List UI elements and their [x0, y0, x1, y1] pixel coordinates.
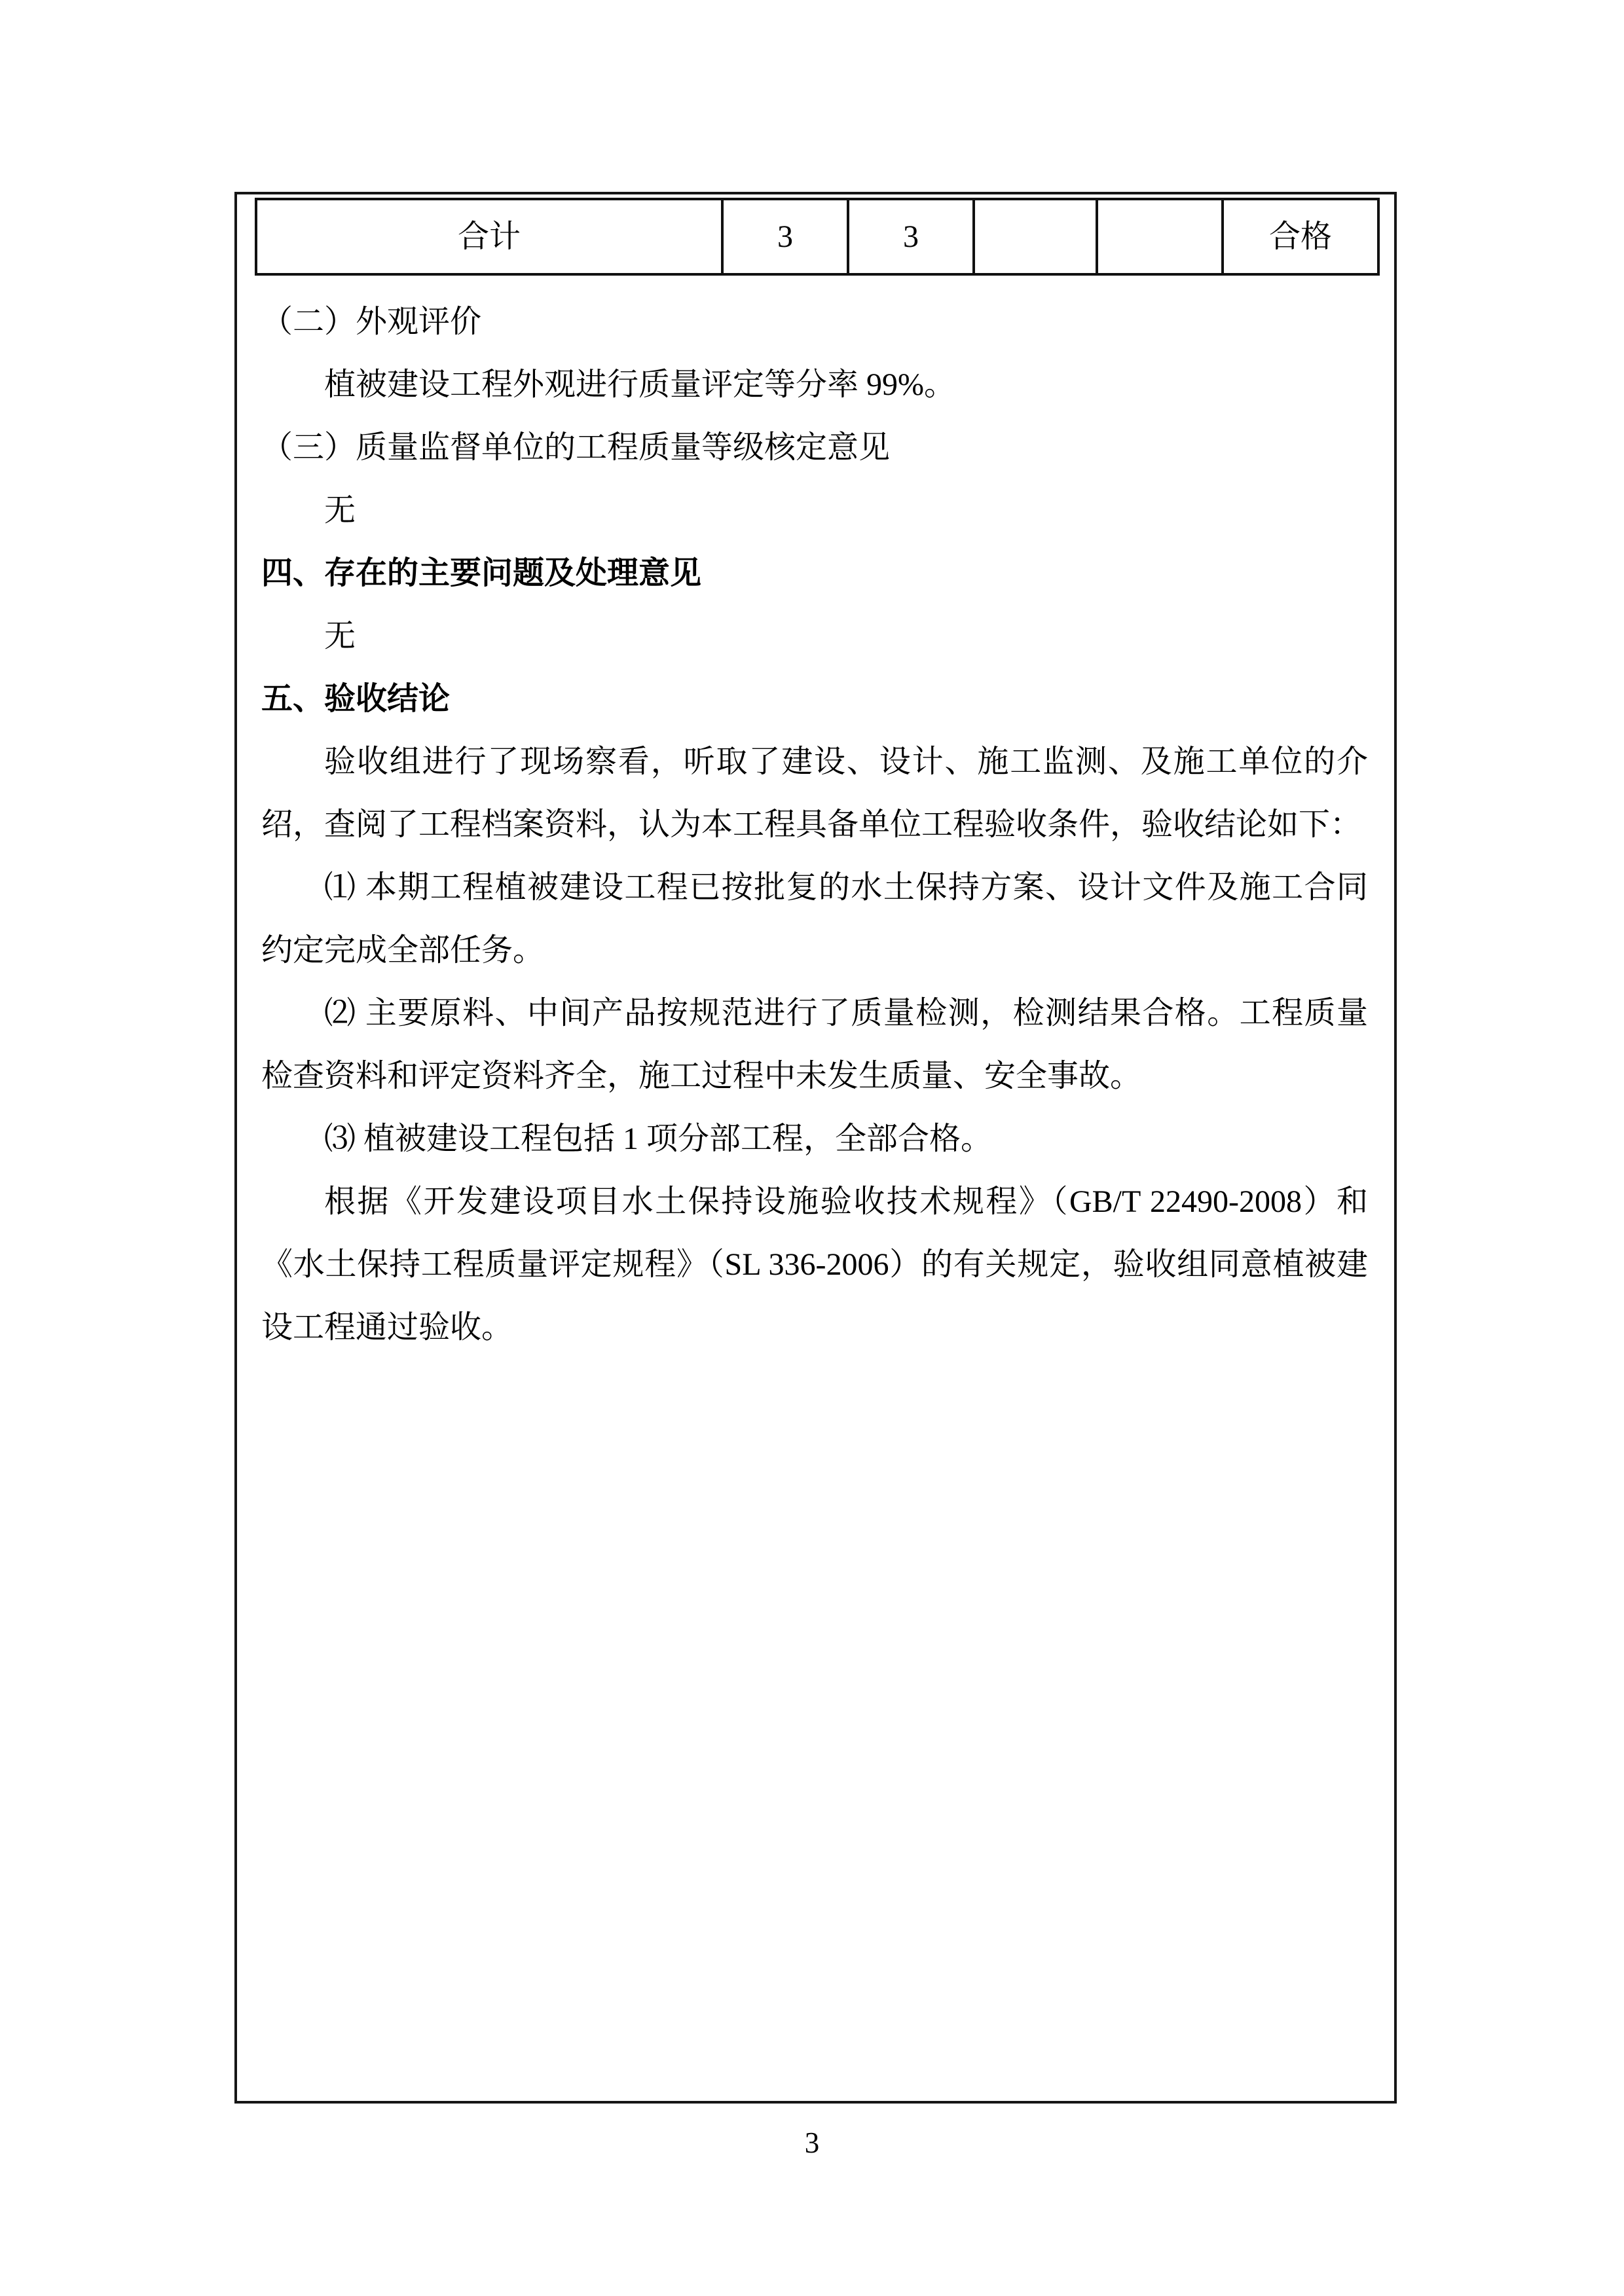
section-5-item-2: ⑵ 主要原料、中间产品按规范进行了质量检测，检测结果合格。工程质量检查资料和评定… — [261, 982, 1368, 1108]
section-2-title: （二）外观评价 — [261, 291, 1368, 354]
document-page: 合计 3 3 合格 （二）外观评价 植被建设工程外观进行质量评定等分率 99%。… — [0, 0, 1624, 2296]
section-5-title: 五、验收结论 — [261, 668, 1368, 731]
section-2-body: 植被建设工程外观进行质量评定等分率 99%。 — [261, 354, 1368, 416]
summary-table: 合计 3 3 合格 — [255, 198, 1380, 276]
section-5-item-1: ⑴ 本期工程植被建设工程已按批复的水土保持方案、设计文件及施工合同约定完成全部任… — [261, 856, 1368, 982]
summary-table-row: 合计 3 3 合格 — [256, 199, 1378, 274]
section-3-title: （三）质量监督单位的工程质量等级核定意见 — [261, 416, 1368, 479]
section-5-item-3: ⑶ 植被建设工程包括 1 项分部工程，全部合格。 — [261, 1108, 1368, 1171]
summary-grade-cell: 合格 — [1223, 199, 1378, 274]
document-body: （二）外观评价 植被建设工程外观进行质量评定等分率 99%。 （三）质量监督单位… — [261, 291, 1368, 1359]
summary-count-cell-1: 3 — [722, 199, 848, 274]
section-5-paragraph-1: 验收组进行了现场察看，听取了建设、设计、施工监测、及施工单位的介绍，查阅了工程档… — [261, 731, 1368, 856]
section-4-title: 四、存在的主要问题及处理意见 — [261, 542, 1368, 605]
summary-empty-cell-2 — [1097, 199, 1223, 274]
summary-empty-cell-1 — [974, 199, 1097, 274]
section-3-body: 无 — [261, 479, 1368, 542]
page-number: 3 — [0, 2125, 1624, 2160]
summary-row-label-cell: 合计 — [256, 199, 722, 274]
section-4-body: 无 — [261, 605, 1368, 668]
content-frame: 合计 3 3 合格 （二）外观评价 植被建设工程外观进行质量评定等分率 99%。… — [234, 192, 1397, 2104]
summary-count-cell-2: 3 — [848, 199, 974, 274]
section-5-paragraph-2: 根据《开发建设项目水土保持设施验收技术规程》（GB/T 22490-2008）和… — [261, 1171, 1368, 1359]
